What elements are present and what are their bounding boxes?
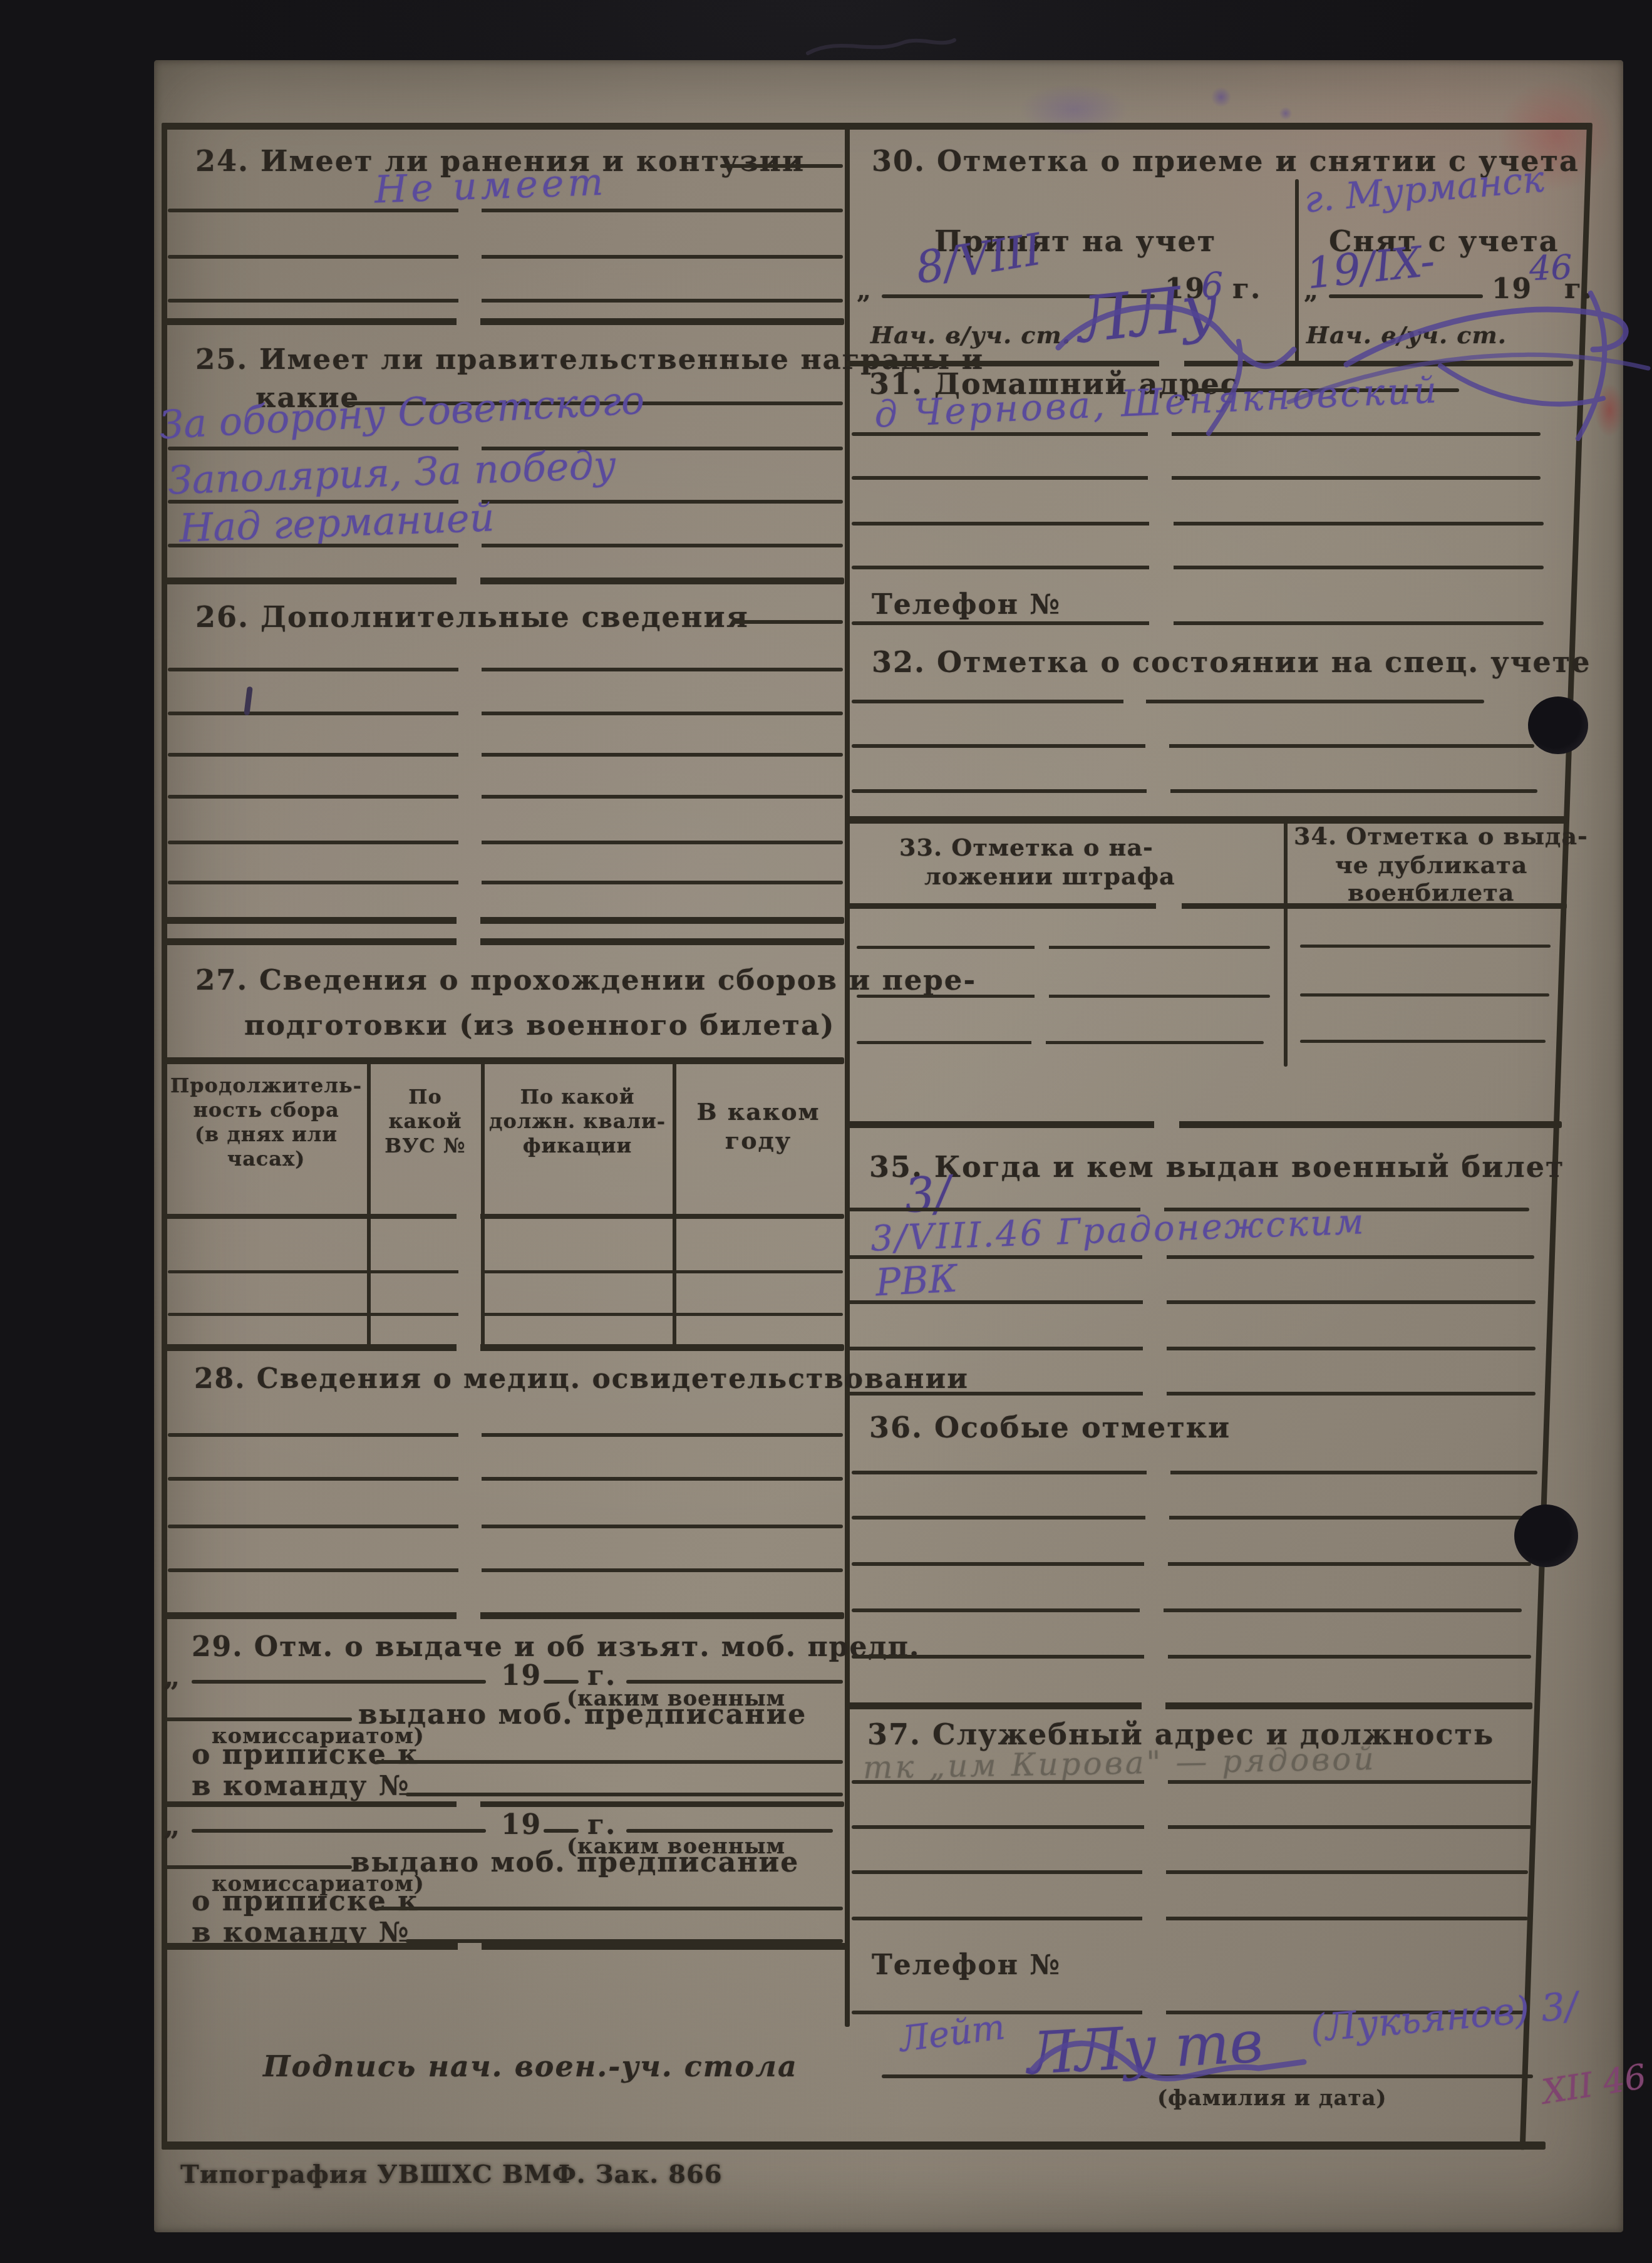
ruled-line bbox=[720, 164, 843, 168]
ruled-line bbox=[168, 544, 843, 547]
field-33-label-1: 33. Отметка о на- bbox=[899, 833, 1154, 861]
signature-hint: (фамилия и дата) bbox=[1157, 2086, 1387, 2111]
field-34-label-3: военбилета bbox=[1348, 878, 1514, 906]
ruled-line bbox=[376, 1760, 843, 1764]
ruled-line bbox=[164, 1865, 352, 1869]
team-label: в команду № bbox=[192, 1770, 410, 1802]
ruled-line bbox=[852, 1562, 1531, 1566]
scanned-military-registration-card: 24. Имеет ли ранения и контузии Не имеет… bbox=[0, 0, 1652, 2263]
quote-mark: „ bbox=[164, 1661, 181, 1693]
ruled-line bbox=[168, 299, 843, 303]
section-separator bbox=[164, 938, 844, 945]
punch-hole bbox=[1514, 1504, 1578, 1567]
table-header-underline bbox=[164, 1214, 844, 1219]
year-suffix: г. bbox=[1564, 273, 1593, 305]
chief-label: Нач. в/уч. ст. bbox=[1306, 321, 1507, 349]
field-33-label-2: ложении штрафа bbox=[924, 862, 1175, 890]
ruled-line bbox=[168, 255, 843, 259]
ruled-line bbox=[852, 1780, 1531, 1784]
assignment-label: о приписке к bbox=[192, 1885, 419, 1917]
table-column-divider bbox=[673, 1060, 676, 1347]
ruled-line bbox=[852, 1825, 1531, 1829]
section-separator bbox=[164, 1801, 844, 1807]
ruled-line bbox=[852, 789, 1537, 793]
date-line bbox=[192, 1829, 486, 1833]
date-line bbox=[192, 1680, 486, 1684]
typography-imprint: Типография УВШХС ВМФ. Зак. 866 bbox=[180, 2160, 723, 2189]
field-25-label: 25. Имеет ли правительственные награды и bbox=[195, 343, 984, 376]
field-27-label-2: подготовки (из военного билета) bbox=[244, 1008, 835, 1042]
table-border-bottom bbox=[847, 1121, 1562, 1128]
ruled-line bbox=[168, 881, 843, 884]
ruled-line bbox=[168, 1525, 843, 1528]
table-column-divider bbox=[481, 1060, 485, 1347]
ruled-line bbox=[731, 620, 843, 624]
date-line bbox=[1329, 294, 1483, 298]
ruled-line bbox=[852, 1917, 1528, 1920]
table-27-col1-header: Продолжитель- ность сбора (в днях или ча… bbox=[169, 1074, 363, 1171]
field-29-label: 29. Отм. о выдаче и об изъят. моб. предп… bbox=[192, 1631, 920, 1663]
year-suffix: г. bbox=[1232, 273, 1261, 305]
table-row-line bbox=[857, 995, 1270, 998]
table-row-line bbox=[168, 1313, 843, 1316]
ruled-line bbox=[168, 668, 843, 671]
ruled-line bbox=[852, 1516, 1534, 1520]
table-27-col4-header: В каком году bbox=[676, 1097, 840, 1156]
ruled-line bbox=[852, 566, 1544, 569]
section-separator bbox=[164, 577, 844, 584]
table-row-line bbox=[1300, 993, 1549, 997]
field-36-label: 36. Особые отметки bbox=[869, 1411, 1231, 1444]
phone-label: Телефон № bbox=[872, 589, 1061, 621]
table-27-col3-header: По какой должн. квали- фикации bbox=[483, 1085, 671, 1158]
table-row-line bbox=[1300, 1040, 1546, 1043]
field-35-label: 35. Когда и кем выдан военный билет bbox=[869, 1150, 1565, 1184]
ruled-line bbox=[847, 1392, 1536, 1396]
field-35-handwritten-rvk: РВК bbox=[874, 1257, 958, 1305]
ruled-line bbox=[852, 1870, 1528, 1874]
ruled-line bbox=[168, 1568, 843, 1572]
phone-label: Телефон № bbox=[872, 1949, 1061, 1981]
section-separator bbox=[164, 1612, 844, 1619]
date-line bbox=[626, 1680, 843, 1684]
ruled-line bbox=[164, 1717, 352, 1721]
table-row-line bbox=[168, 1270, 843, 1273]
signature-row-label: Подпись нач. воен.-уч. стола bbox=[263, 2049, 798, 2083]
sub-column-divider bbox=[1295, 179, 1299, 362]
ruled-line bbox=[168, 1433, 843, 1437]
ruled-line bbox=[852, 476, 1541, 480]
table-border-bottom bbox=[164, 1344, 844, 1351]
section-separator bbox=[164, 1943, 847, 1950]
year-prefix: 19 bbox=[501, 1809, 542, 1841]
field-24-handwritten-answer: Не имеет bbox=[374, 160, 607, 212]
year-prefix: 19 bbox=[501, 1660, 542, 1692]
ruled-line bbox=[168, 712, 843, 715]
assignment-label: о приписке к bbox=[192, 1739, 419, 1771]
quote-mark: „ bbox=[857, 276, 872, 305]
ruled-line bbox=[168, 841, 843, 844]
column-divider bbox=[845, 123, 850, 2027]
sub-column-divider bbox=[1284, 819, 1288, 1067]
form-border-bottom bbox=[162, 2141, 1546, 2150]
date-line bbox=[544, 1829, 579, 1833]
form-border-top bbox=[162, 123, 1589, 130]
ruled-line bbox=[852, 700, 1484, 703]
ruled-line bbox=[852, 522, 1544, 526]
ruled-line bbox=[852, 621, 1544, 625]
ruled-line bbox=[847, 1300, 1536, 1304]
section-separator bbox=[847, 361, 1573, 366]
section-separator bbox=[164, 318, 844, 325]
ruled-line bbox=[406, 1793, 843, 1796]
section-separator bbox=[847, 1702, 1532, 1709]
field-35-handwritten-big: 3/ bbox=[902, 1165, 952, 1224]
field-34-label-1: 34. Отметка о выда- bbox=[1294, 822, 1588, 850]
table-row-line bbox=[1300, 945, 1551, 948]
chief-label: Нач. в/уч. ст. bbox=[870, 321, 1071, 349]
punch-hole bbox=[1528, 697, 1588, 754]
field-32-label: 32. Отметка о состоянии на спец. учете bbox=[872, 645, 1591, 679]
signature-accepted: ЛЛу bbox=[1074, 270, 1222, 358]
ruled-line bbox=[852, 1655, 1531, 1659]
date-line bbox=[626, 1829, 833, 1833]
field-26-label: 26. Дополнительные сведения bbox=[195, 600, 749, 634]
ruled-line bbox=[168, 753, 843, 757]
issued-mob-order: выдано моб. предписание bbox=[358, 1699, 807, 1731]
ruled-line bbox=[168, 209, 843, 212]
field-34-label-2: че дубликата bbox=[1335, 851, 1527, 879]
ruled-line bbox=[376, 1907, 843, 1910]
ruled-line bbox=[168, 1477, 843, 1481]
table-row-line bbox=[857, 1041, 1264, 1044]
signature-scrawl: ЛЛу тв bbox=[1025, 2008, 1264, 2088]
field-27-label-1: 27. Сведения о прохождении сборов и пере… bbox=[195, 963, 976, 997]
ruled-line bbox=[852, 432, 1541, 436]
ruled-line bbox=[847, 1347, 1536, 1350]
date-line bbox=[544, 1680, 579, 1684]
section-separator bbox=[164, 917, 844, 924]
quote-mark: „ bbox=[1304, 276, 1319, 305]
table-row-line bbox=[857, 946, 1270, 949]
ruled-line bbox=[852, 1608, 1522, 1612]
ruled-line bbox=[168, 795, 843, 799]
field-28-label: 28. Сведения о медиц. освидетельствовани… bbox=[194, 1363, 969, 1395]
faint-top-handwriting bbox=[808, 40, 954, 53]
ruled-line bbox=[852, 744, 1534, 748]
table-header-underline bbox=[847, 903, 1567, 909]
year-prefix: 19 bbox=[1492, 273, 1532, 305]
ruled-line bbox=[852, 1471, 1537, 1474]
table-27-col2-header: По какой ВУС № bbox=[372, 1085, 478, 1158]
table-border-top bbox=[164, 1057, 844, 1064]
quote-mark: „ bbox=[164, 1810, 181, 1842]
table-column-divider bbox=[367, 1060, 371, 1347]
